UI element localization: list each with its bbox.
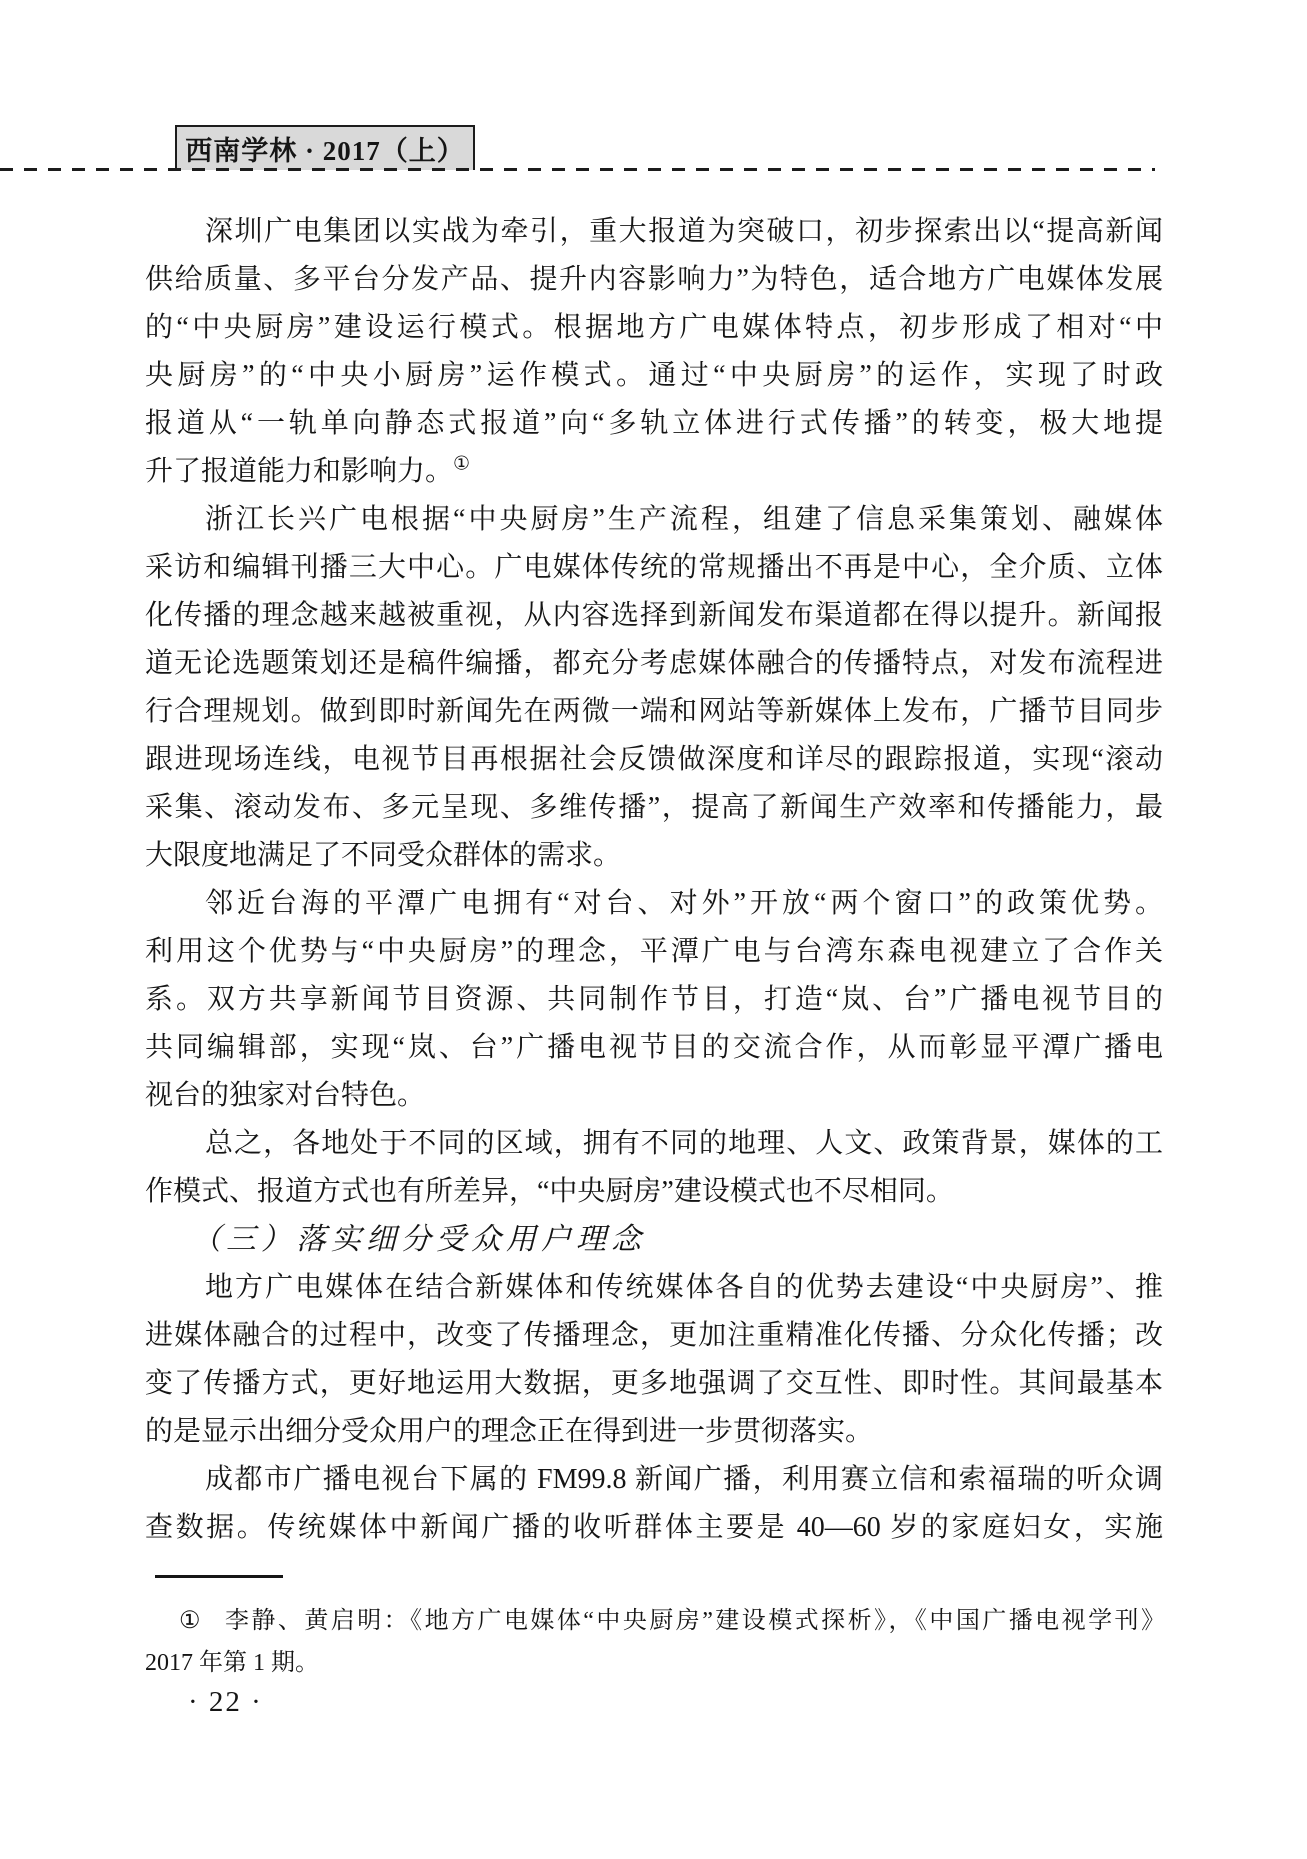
paragraph-line: 行合理规划。做到即时新闻先在两微一端和网站等新媒体上发布，广播节目同步: [145, 688, 1163, 736]
footnote-marker: ①: [179, 1608, 203, 1634]
paragraph-line: 化传播的理念越来越被重视，从内容选择到新闻发布渠道都在得以提升。新闻报: [145, 592, 1163, 640]
paragraph-line: 升了报道能力和影响力。①: [145, 448, 1163, 496]
paragraph-line: 央厨房”的“中央小厨房”运作模式。通过“中央厨房”的运作，实现了时政: [145, 352, 1163, 400]
paragraph-line: 作模式、报道方式也有所差异，“中央厨房”建设模式也不尽相同。: [145, 1168, 1163, 1216]
paragraph-line: 系。双方共享新闻节目资源、共同制作节目，打造“岚、台”广播电视节目的: [145, 976, 1163, 1024]
paragraph-line: 采集、滚动发布、多元呈现、多维传播”，提高了新闻生产效率和传播能力，最: [145, 784, 1163, 832]
page-number: · 22 ·: [188, 1686, 263, 1719]
paragraph-line: 道无论选题策划还是稿件编播，都充分考虑媒体融合的传播特点，对发布流程进: [145, 640, 1163, 688]
paragraph-line: 跟进现场连线，电视节目再根据社会反馈做深度和详尽的跟踪报道，实现“滚动: [145, 736, 1163, 784]
page-body: 深圳广电集团以实战为牵引，重大报道为突破口，初步探索出以“提高新闻 供给质量、多…: [145, 208, 1163, 1552]
journal-title: 西南学林 · 2017（上）: [185, 129, 465, 168]
footnote-separator-rule: [155, 1575, 283, 1578]
paragraph-line: 的“中央厨房”建设运行模式。根据地方广电媒体特点，初步形成了相对“中: [145, 304, 1163, 352]
footnote: ①李静、黄启明：《地方广电媒体“中央厨房”建设模式探析》，《中国广播电视学刊》 …: [145, 1600, 1165, 1684]
footnote-line: ①李静、黄启明：《地方广电媒体“中央厨房”建设模式探析》，《中国广播电视学刊》: [145, 1600, 1165, 1642]
paragraph-line: 视台的独家对台特色。: [145, 1072, 1163, 1120]
paragraph-line: 浙江长兴广电根据“中央厨房”生产流程，组建了信息采集策划、融媒体: [145, 496, 1163, 544]
journal-header-box: 西南学林 · 2017（上）: [175, 125, 475, 170]
paragraph-line: 地方广电媒体在结合新媒体和传统媒体各自的优势去建设“中央厨房”、推: [145, 1264, 1163, 1312]
footnote-line: 2017 年第 1 期。: [145, 1642, 1165, 1684]
paragraph-line: 邻近台海的平潭广电拥有“对台、对外”开放“两个窗口”的政策优势。: [145, 880, 1163, 928]
footnote-reference-mark: ①: [453, 454, 470, 475]
paragraph-line: 成都市广播电视台下属的 FM99.8 新闻广播，利用赛立信和索福瑞的听众调: [145, 1456, 1163, 1504]
paragraph-line: 利用这个优势与“中央厨房”的理念，平潭广电与台湾东森电视建立了合作关: [145, 928, 1163, 976]
paragraph-line: 进媒体融合的过程中，改变了传播理念，更加注重精准化传播、分众化传播；改: [145, 1312, 1163, 1360]
paragraph-line: 深圳广电集团以实战为牵引，重大报道为突破口，初步探索出以“提高新闻: [145, 208, 1163, 256]
header-dashed-rule: [0, 168, 1155, 171]
paragraph-line: 采访和编辑刊播三大中心。广电媒体传统的常规播出不再是中心，全介质、立体: [145, 544, 1163, 592]
paragraph-line: 报道从“一轨单向静态式报道”向“多轨立体进行式传播”的转变，极大地提: [145, 400, 1163, 448]
paragraph-text: 升了报道能力和影响力。: [145, 456, 453, 487]
paragraph-line: 大限度地满足了不同受众群体的需求。: [145, 832, 1163, 880]
paragraph-line: 的是显示出细分受众用户的理念正在得到进一步贯彻落实。: [145, 1408, 1163, 1456]
paragraph-line: 共同编辑部，实现“岚、台”广播电视节目的交流合作，从而彰显平潭广播电: [145, 1024, 1163, 1072]
paragraph-line: 查数据。传统媒体中新闻广播的收听群体主要是 40—60 岁的家庭妇女，实施: [145, 1504, 1163, 1552]
paragraph-line: 供给质量、多平台分发产品、提升内容影响力”为特色，适合地方广电媒体发展: [145, 256, 1163, 304]
footnote-text: 李静、黄启明：《地方广电媒体“中央厨房”建设模式探析》，《中国广播电视学刊》: [225, 1608, 1165, 1634]
paragraph-line: 总之，各地处于不同的区域，拥有不同的地理、人文、政策背景，媒体的工: [145, 1120, 1163, 1168]
section-heading: （三）落实细分受众用户理念: [145, 1216, 1163, 1264]
paragraph-line: 变了传播方式，更好地运用大数据，更多地强调了交互性、即时性。其间最基本: [145, 1360, 1163, 1408]
